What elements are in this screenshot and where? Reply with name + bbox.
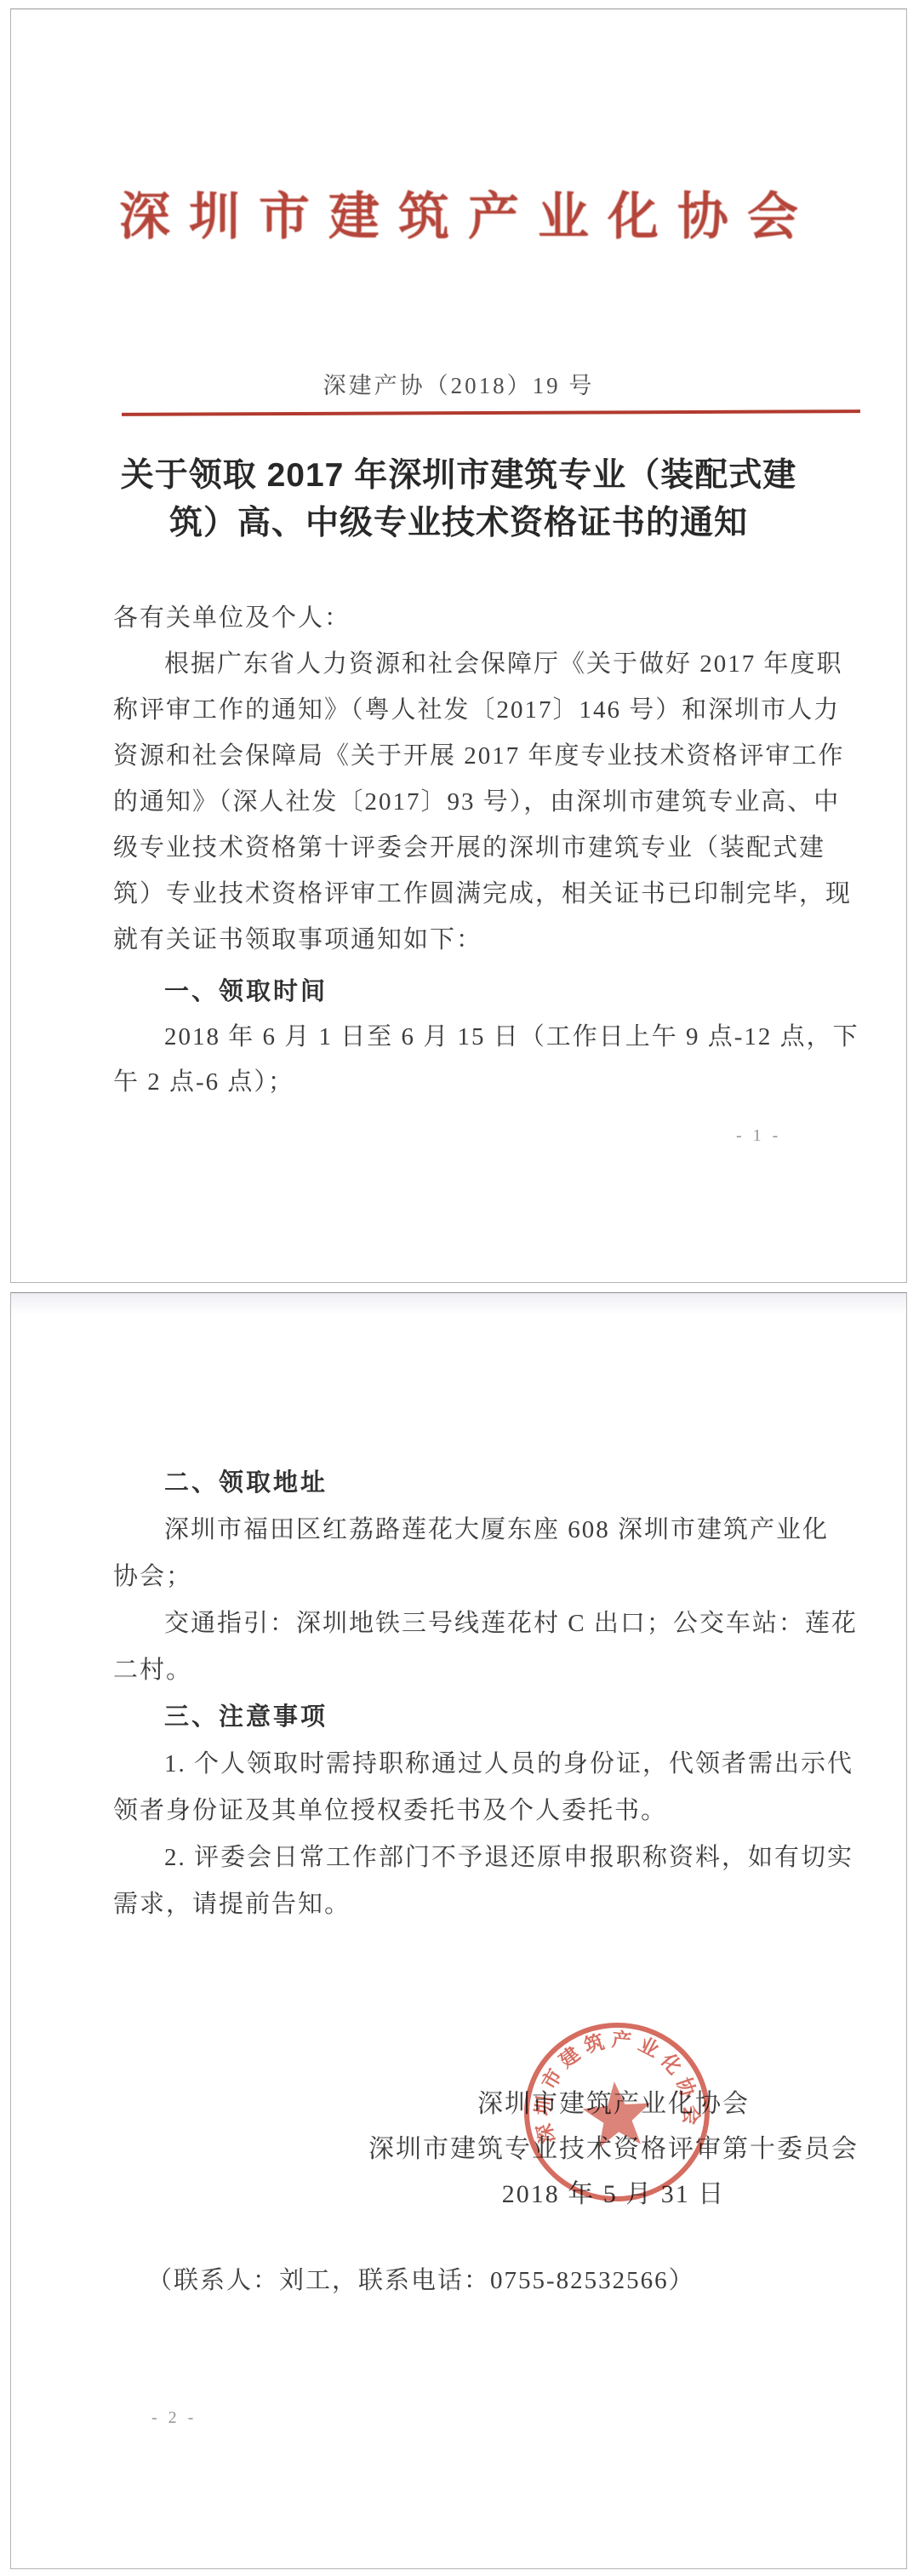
text-line: 交通指引：深圳地铁三号线莲花村 C 出口；公交车站：莲花 xyxy=(113,1600,828,1647)
page-1: 深圳市建筑产业化协会 深建产协（2018）19 号 关于领取 2017 年深圳市… xyxy=(10,9,907,1283)
text-line: 二、领取地址 xyxy=(113,1460,828,1507)
page-2: 二、领取地址深圳市福田区红荔路莲花大厦东座 608 深圳市建筑产业化协会；交通指… xyxy=(10,1292,907,2569)
official-seal-stamp: 深圳市建筑产业化协会 xyxy=(488,1983,745,2241)
org-header: 深圳市建筑产业化协会 xyxy=(11,176,906,249)
doc-title: 关于领取 2017 年深圳市建筑专业（装配式建 筑）高、中级专业技术资格证书的通… xyxy=(11,452,906,547)
text-line: 称评审工作的通知》（粤人社发〔2017〕146 号）和深圳市人力 xyxy=(113,687,828,733)
section-pickup-time: 一、领取时间2018 年 6 月 1 日至 6 月 15 日（工作日上午 9 点… xyxy=(113,970,828,1105)
body-sections: 二、领取地址深圳市福田区红荔路莲花大厦东座 608 深圳市建筑产业化协会；交通指… xyxy=(113,1460,828,1928)
red-divider-rule xyxy=(122,409,860,416)
text-line: 各有关单位及个人： xyxy=(113,595,828,641)
page-number-1: - 1 - xyxy=(736,1126,781,1146)
text-line: 协会； xyxy=(113,1554,828,1600)
text-line: 2. 评委会日常工作部门不予退还原申报职称资料，如有切实 xyxy=(113,1835,828,1881)
text-line: 需求，请提前告知。 xyxy=(113,1881,828,1928)
seal-star-icon xyxy=(580,2079,654,2150)
text-line: 深圳市福田区红荔路莲花大厦东座 608 深圳市建筑产业化 xyxy=(113,1507,828,1554)
doc-title-line2: 筑）高、中级专业技术资格证书的通知 xyxy=(11,500,906,547)
text-line: 午 2 点-6 点）； xyxy=(113,1060,828,1105)
text-line: 就有关证书领取事项通知如下： xyxy=(113,917,828,963)
text-line: 二村。 xyxy=(113,1647,828,1694)
text-line: 一、领取时间 xyxy=(113,970,828,1015)
text-line: 三、注意事项 xyxy=(113,1694,828,1741)
text-line: 1. 个人领取时需持职称通过人员的身份证，代领者需出示代 xyxy=(113,1741,828,1788)
text-line: 筑）专业技术资格评审工作圆满完成，相关证书已印制完毕，现 xyxy=(113,871,828,917)
text-line: 根据广东省人力资源和社会保障厅《关于做好 2017 年度职 xyxy=(113,641,828,687)
scan-shade-artifact xyxy=(11,1293,906,1315)
doc-number: 深建产协（2018）19 号 xyxy=(11,367,906,400)
page-number-2: - 2 - xyxy=(151,2408,197,2428)
text-line: 资源和社会保障局《关于开展 2017 年度专业技术资格评审工作 xyxy=(113,733,828,779)
doc-title-line1: 关于领取 2017 年深圳市建筑专业（装配式建 xyxy=(11,452,906,500)
text-line: 领者身份证及其单位授权委托书及个人委托书。 xyxy=(113,1788,828,1835)
body-paragraphs: 各有关单位及个人：根据广东省人力资源和社会保障厅《关于做好 2017 年度职称评… xyxy=(113,595,828,963)
contact-line: （联系人：刘工，联系电话：0755-82532566） xyxy=(147,2261,695,2296)
text-line: 的通知》（深人社发〔2017〕93 号），由深圳市建筑专业高、中 xyxy=(113,779,828,825)
text-line: 级专业技术资格第十评委会开展的深圳市建筑专业（装配式建 xyxy=(113,825,828,871)
text-line: 2018 年 6 月 1 日至 6 月 15 日（工作日上午 9 点-12 点，… xyxy=(113,1015,828,1060)
